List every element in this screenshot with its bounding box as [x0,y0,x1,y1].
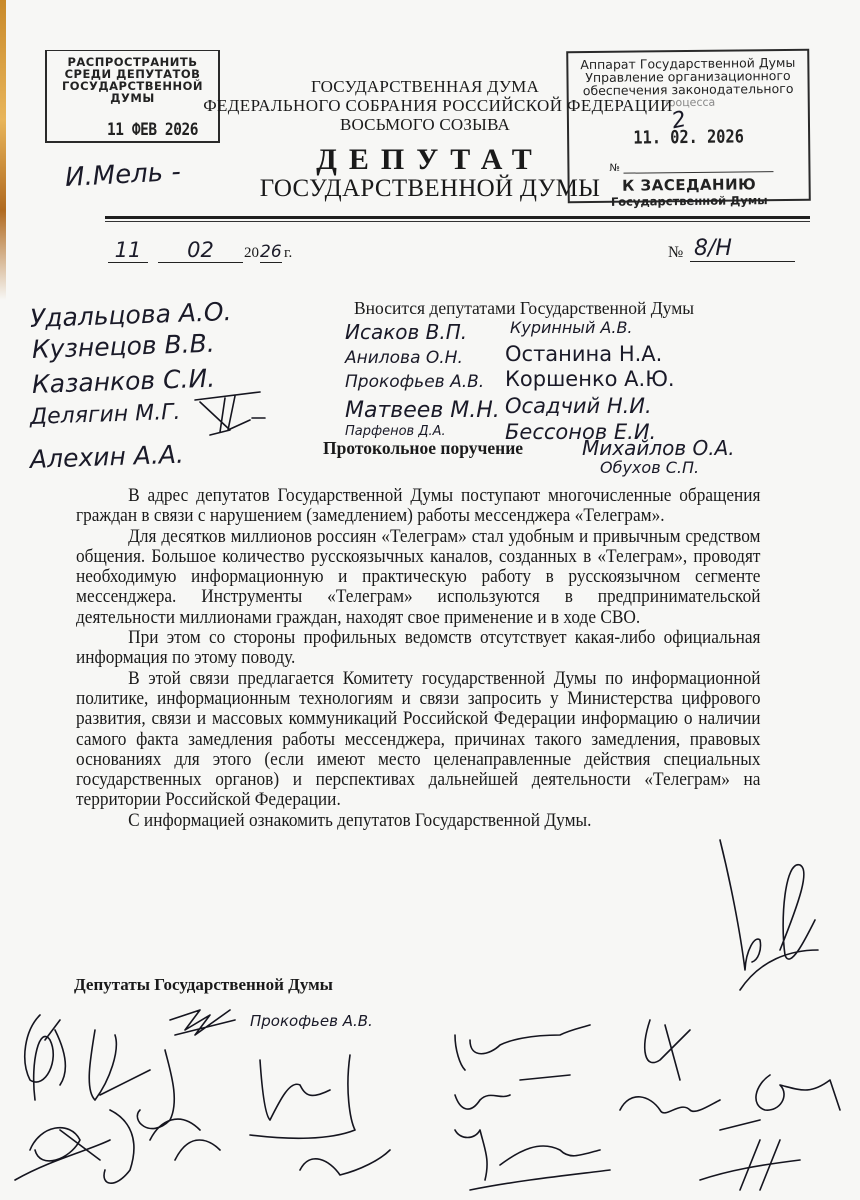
date-month: 02 [158,238,243,263]
deputy-name-handwritten: Делягин М.Г. [30,400,181,430]
body-paragraph: Для десятков миллионов россиян «Телеграм… [76,527,760,628]
introduced-by-heading: Вносится депутатами Государственной Думы [354,298,694,319]
body-closing-paragraph: С информацией ознакомить депутатов Госуд… [76,811,760,831]
deputy-name-handwritten: Парфенов Д.А. [345,424,446,439]
body-paragraph: При этом со стороны профильных ведомств … [76,628,760,669]
signatures-heading: Депутаты Государственной Думы [74,975,333,995]
header-divider-thick [105,216,810,219]
date-year-prefix: 20 [244,245,259,262]
letterhead-line-3: ВОСЬМОГО СОЗЫВА [210,115,640,135]
signature-scribble [700,840,820,1000]
signature-scribble [190,390,270,440]
scan-page-edge [0,0,6,300]
letterhead-line-2: ФЕДЕРАЛЬНОГО СОБРАНИЯ РОССИЙСКОЙ ФЕДЕРАЦ… [203,96,673,116]
protocol-title: Протокольное поручение [323,438,523,459]
deputy-name-handwritten: Анилова О.Н. [345,348,463,368]
signature-annotation: Прокофьев А.В. [250,1012,373,1030]
deputy-name-handwritten: Казанков С.И. [31,364,215,399]
deputy-name-handwritten: Михайлов О.А. [582,436,735,460]
stamp-date: 11 ФЕВ 2026 [107,120,201,140]
letterhead-title: ДЕПУТАТ [210,143,650,177]
deputy-name-handwritten: Останина Н.А. [505,342,662,366]
deputy-name-handwritten: Матвеев М.Н. [345,398,500,423]
header-divider-thin [105,221,810,222]
deputy-name-handwritten: Осадчий Н.И. [505,394,652,418]
deputy-name-handwritten: Кузнецов В.В. [31,329,215,364]
date-year-suffix: г. [284,245,292,262]
resolution-signature: И.Мель - [64,157,181,193]
deputy-name-handwritten: Алехин А.А. [29,440,184,474]
deputy-name-handwritten: Обухов С.П. [600,458,699,477]
deputy-name-handwritten: Прокофьев А.В. [345,372,484,392]
deputy-name-handwritten: Коршенко А.Ю. [505,367,675,391]
distribution-stamp: РАСПРОСТРАНИТЬ СРЕДИ ДЕПУТАТОВ ГОСУДАРСТ… [45,50,220,143]
stamp-line: ГОСУДАРСТВЕННОЙ ДУМЫ [47,80,218,104]
body-paragraph: В адрес депутатов Государственной Думы п… [76,486,760,527]
deputy-name-handwritten: Удальцова А.О. [29,297,231,333]
deputies-signatures [0,1000,860,1200]
deputy-name-handwritten: Куринный А.В. [510,318,633,337]
document-body: В адрес депутатов Государственной Думы п… [76,486,760,831]
date-day: 11 [108,238,148,263]
document-number-value: 8/Н [690,236,795,262]
document-number-label: № [668,244,683,262]
body-paragraph: В этой связи предлагается Комитету госуд… [76,669,760,811]
date-year-handwritten: 26 [260,242,282,263]
letterhead-line-1: ГОСУДАРСТВЕННАЯ ДУМА [210,77,640,97]
letterhead-subtitle: ГОСУДАРСТВЕННОЙ ДУМЫ [210,175,650,203]
deputy-name-handwritten: Исаков В.П. [345,320,467,344]
